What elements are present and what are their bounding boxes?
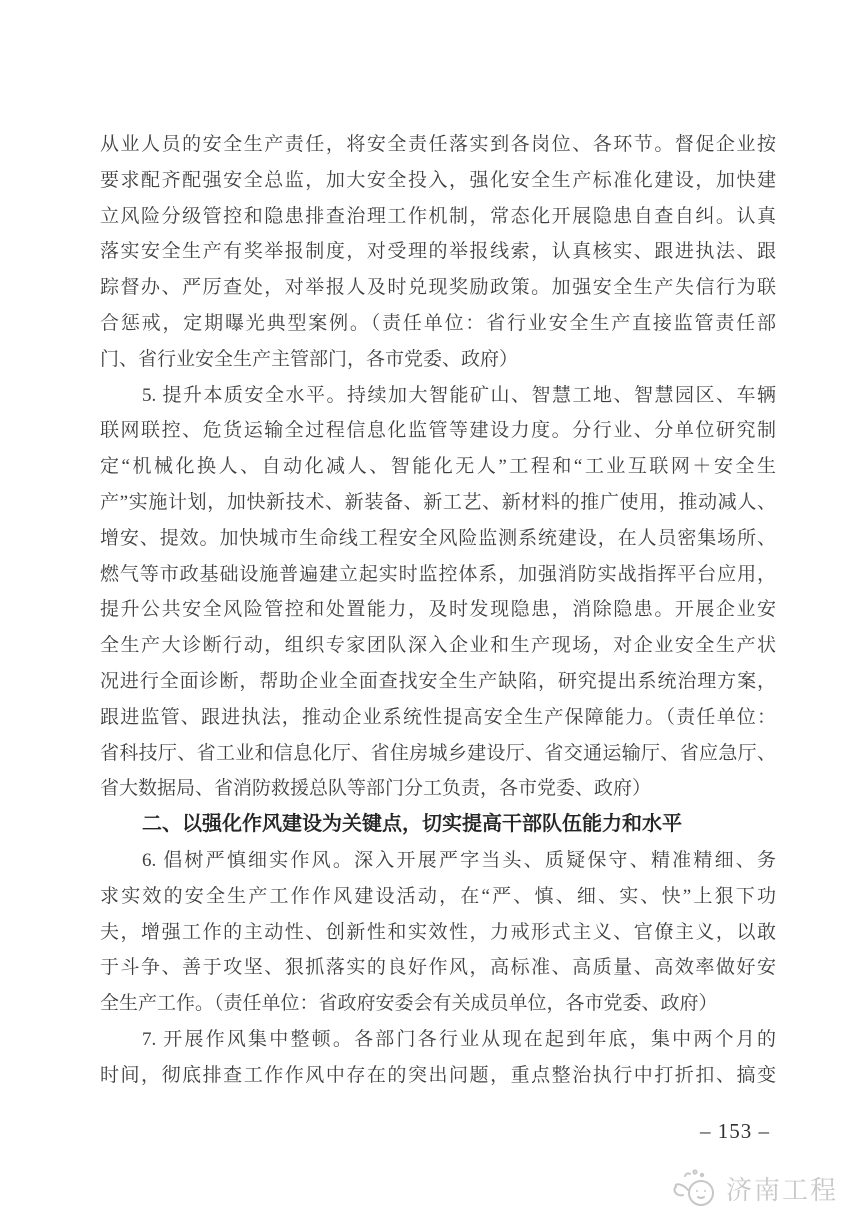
text-line: 7. 开展作风集中整顿。各部门各行业从现在起到年底，集中两个月的 [100,1022,776,1058]
text-line: 合惩戒，定期曝光典型案例。（责任单位：省行业安全生产直接监管责任部 [100,306,776,342]
text-line: 省大数据局、省消防救援总队等部门分工负责，各市党委、政府） [100,771,776,807]
text-line: 产”实施计划，加快新技术、新装备、新工艺、新材料的推广使用，推动减人、 [100,485,776,521]
text-line: 6. 倡树严慎细实作风。深入开展严字当头、质疑保守、精准精细、务 [100,843,776,879]
text-line: 要求配齐配强安全总监，加大安全投入，强化安全生产标准化建设，加快建 [100,163,776,199]
text-line: 求实效的安全生产工作作风建设活动，在“严、慎、细、实、快”上狠下功 [100,879,776,915]
text-line: 门、省行业安全生产主管部门，各市党委、政府） [100,342,776,378]
text-line: 定“机械化换人、自动化减人、智能化无人”工程和“工业互联网＋安全生 [100,449,776,485]
text-line: 全生产工作。（责任单位：省政府安委会有关成员单位，各市党委、政府） [100,986,776,1022]
document-page: 从业人员的安全生产责任，将安全责任落实到各岗位、各环节。督促企业按要求配齐配强安… [0,0,856,1225]
page-number: – 153 – [700,1119,770,1144]
text-line: 省科技厅、省工业和信息化厅、省住房城乡建设厅、省交通运输厅、省应急厅、 [100,736,776,772]
text-line: 提升公共安全风险管控和处置能力，及时发现隐患，消除隐患。开展企业安 [100,592,776,628]
paragraph: 5. 提升本质安全水平。持续加大智能矿山、智慧工地、智慧园区、车辆联网联控、危货… [100,378,776,808]
paragraph: 从业人员的安全生产责任，将安全责任落实到各岗位、各环节。督促企业按要求配齐配强安… [100,127,776,378]
text-line: 时间，彻底排查工作作风中存在的突出问题，重点整治执行中打折扣、搞变 [100,1058,776,1094]
text-line: 5. 提升本质安全水平。持续加大智能矿山、智慧工地、智慧园区、车辆 [100,378,776,414]
text-line: 从业人员的安全生产责任，将安全责任落实到各岗位、各环节。督促企业按 [100,127,776,163]
section-heading: 二、以强化作风建设为关键点，切实提高干部队伍能力和水平 [100,807,776,843]
text-line: 燃气等市政基础设施普遍建立起实时监控体系，加强消防实战指挥平台应用， [100,557,776,593]
text-line: 增安、提效。加快城市生命线工程安全风险监测系统建设，在人员密集场所、 [100,521,776,557]
text-line: 二、以强化作风建设为关键点，切实提高干部队伍能力和水平 [100,807,776,843]
text-line: 联网联控、危货运输全过程信息化监管等建设力度。分行业、分单位研究制 [100,413,776,449]
watermark: 济南工程 [671,1168,838,1208]
text-line: 况进行全面诊断，帮助企业全面查找安全生产缺陷，研究提出系统治理方案， [100,664,776,700]
text-line: 夫，增强工作的主动性、创新性和实效性，力戒形式主义、官僚主义，以敢 [100,915,776,951]
text-line: 跟进监管、跟进执法，推动企业系统性提高安全生产保障能力。（责任单位： [100,700,776,736]
text-line: 于斗争、善于攻坚、狠抓落实的良好作风，高标准、高质量、高效率做好安 [100,950,776,986]
text-line: 全生产大诊断行动，组织专家团队深入企业和生产现场，对企业安全生产状 [100,628,776,664]
paragraph: 7. 开展作风集中整顿。各部门各行业从现在起到年底，集中两个月的时间，彻底排查工… [100,1022,776,1094]
text-line: 立风险分级管控和隐患排查治理工作机制，常态化开展隐患自查自纠。认真 [100,199,776,235]
watermark-text: 济南工程 [726,1170,838,1207]
text-line: 落实安全生产有奖举报制度，对受理的举报线索，认真核实、跟进执法、跟 [100,234,776,270]
text-line: 踪督办、严厉查处，对举报人及时兑现奖励政策。加强安全生产失信行为联 [100,270,776,306]
document-body: 从业人员的安全生产责任，将安全责任落实到各岗位、各环节。督促企业按要求配齐配强安… [100,127,776,1094]
paragraph: 6. 倡树严慎细实作风。深入开展严字当头、质疑保守、精准精细、务求实效的安全生产… [100,843,776,1022]
watermark-whale-logo-icon [671,1168,719,1208]
